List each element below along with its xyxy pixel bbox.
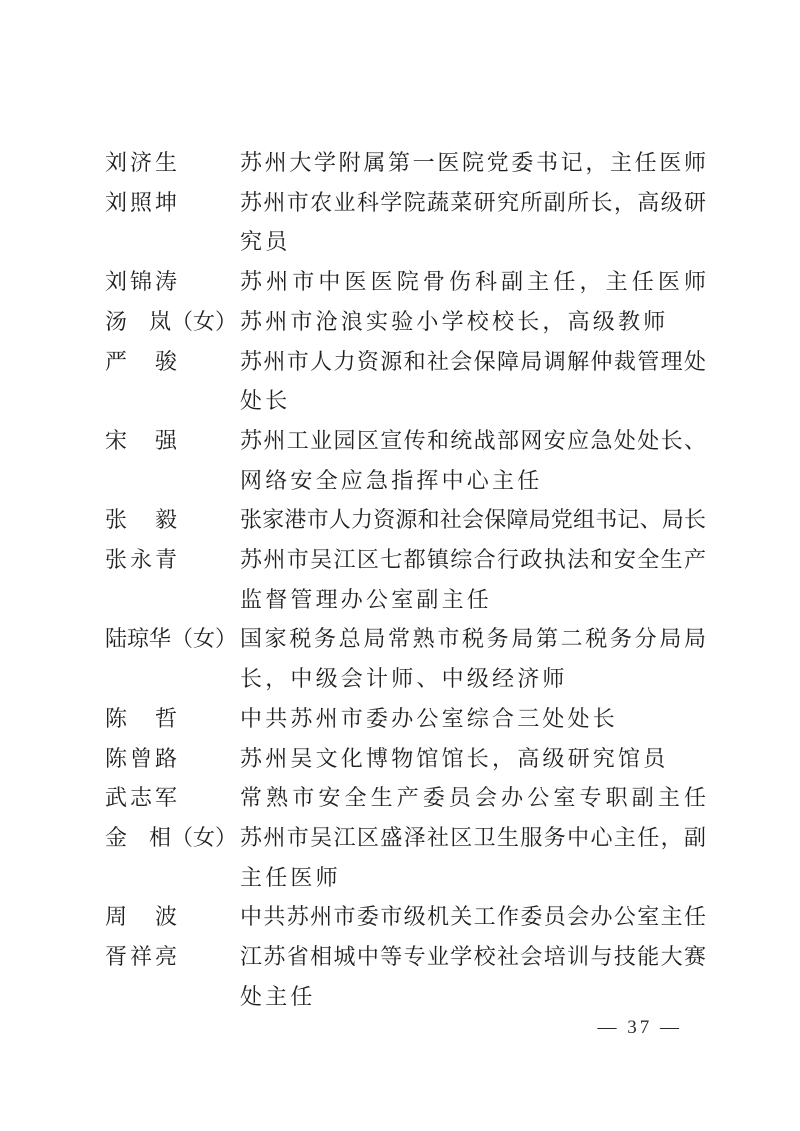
title-line: 网络安全应急指挥中心主任 [240,461,706,501]
title-line: 处长 [240,381,706,421]
title-line: 苏州市吴江区七都镇综合行政执法和安全生产 [240,540,706,580]
roster-entry: 胥祥亮 江苏省相城中等专业学校社会培训与技能大赛 处主任 [105,937,706,1016]
person-title: 苏州吴文化博物馆馆长，高级研究馆员 [240,739,706,779]
person-title: 苏州市吴江区七都镇综合行政执法和安全生产 监督管理办公室副主任 [240,540,706,619]
title-line: 常熟市安全生产委员会办公室专职副主任 [240,778,706,818]
person-name: 张 毅 [105,500,240,540]
person-title: 苏州市农业科学院蔬菜研究所副所长，高级研 究员 [240,183,706,262]
title-line: 长，中级会计师、中级经济师 [240,659,706,699]
title-line: 中共苏州市委市级机关工作委员会办公室主任 [240,897,706,937]
title-line: 监督管理办公室副主任 [240,580,706,620]
roster-entry: 周 波 中共苏州市委市级机关工作委员会办公室主任 [105,897,706,937]
person-title: 国家税务总局常熟市税务局第二税务分局局 长，中级会计师、中级经济师 [240,619,706,698]
title-line: 苏州市中医医院骨伤科副主任，主任医师 [240,262,706,302]
person-title: 苏州工业园区宣传和统战部网安应急处处长、 网络安全应急指挥中心主任 [240,421,706,500]
roster-entry: 武志军 常熟市安全生产委员会办公室专职副主任 [105,778,706,818]
roster-entry: 张 毅 张家港市人力资源和社会保障局党组书记、局长 [105,500,706,540]
person-name: 陈 哲 [105,699,240,739]
person-name: 胥祥亮 [105,937,240,977]
roster-entry: 汤 岚（女） 苏州市沧浪实验小学校校长，高级教师 [105,302,706,342]
title-line: 张家港市人力资源和社会保障局党组书记、局长 [240,500,706,540]
person-title: 常熟市安全生产委员会办公室专职副主任 [240,778,706,818]
roster-entry: 刘济生 苏州大学附属第一医院党委书记，主任医师 [105,143,706,183]
title-line: 苏州大学附属第一医院党委书记，主任医师 [240,143,706,183]
person-name: 张永青 [105,540,240,580]
title-line: 江苏省相城中等专业学校社会培训与技能大赛 [240,937,706,977]
person-title: 中共苏州市委办公室综合三处处长 [240,699,706,739]
roster-entry: 陆琼华（女） 国家税务总局常熟市税务局第二税务分局局 长，中级会计师、中级经济师 [105,619,706,698]
person-name: 刘济生 [105,143,240,183]
person-title: 张家港市人力资源和社会保障局党组书记、局长 [240,500,706,540]
roster-entry: 金 相（女） 苏州市吴江区盛泽社区卫生服务中心主任，副 主任医师 [105,818,706,897]
person-name: 陆琼华（女） [105,619,240,659]
person-name: 陈曾路 [105,739,240,779]
title-line: 究员 [240,222,706,262]
honoree-roster: 刘济生 苏州大学附属第一医院党委书记，主任医师 刘照坤 苏州市农业科学院蔬菜研究… [105,143,706,1016]
page-number: — 37 — [598,1014,683,1042]
title-line: 苏州市人力资源和社会保障局调解仲裁管理处 [240,342,706,382]
person-name: 武志军 [105,778,240,818]
title-line: 苏州市沧浪实验小学校校长，高级教师 [240,302,706,342]
roster-entry: 宋 强 苏州工业园区宣传和统战部网安应急处处长、 网络安全应急指挥中心主任 [105,421,706,500]
person-name: 周 波 [105,897,240,937]
person-name: 刘照坤 [105,183,240,223]
person-title: 苏州市沧浪实验小学校校长，高级教师 [240,302,706,342]
person-title: 苏州大学附属第一医院党委书记，主任医师 [240,143,706,183]
person-name: 刘锦涛 [105,262,240,302]
person-name: 金 相（女） [105,818,240,858]
roster-entry: 陈 哲 中共苏州市委办公室综合三处处长 [105,699,706,739]
title-line: 国家税务总局常熟市税务局第二税务分局局 [240,619,706,659]
roster-entry: 陈曾路 苏州吴文化博物馆馆长，高级研究馆员 [105,739,706,779]
title-line: 处主任 [240,977,706,1017]
document-page: 刘济生 苏州大学附属第一医院党委书记，主任医师 刘照坤 苏州市农业科学院蔬菜研究… [0,0,800,1131]
roster-entry: 刘锦涛 苏州市中医医院骨伤科副主任，主任医师 [105,262,706,302]
person-title: 苏州市中医医院骨伤科副主任，主任医师 [240,262,706,302]
person-name: 严 骏 [105,342,240,382]
person-name: 宋 强 [105,421,240,461]
title-line: 苏州工业园区宣传和统战部网安应急处处长、 [240,421,706,461]
roster-entry: 刘照坤 苏州市农业科学院蔬菜研究所副所长，高级研 究员 [105,183,706,262]
title-line: 苏州市农业科学院蔬菜研究所副所长，高级研 [240,183,706,223]
title-line: 主任医师 [240,858,706,898]
title-line: 苏州市吴江区盛泽社区卫生服务中心主任，副 [240,818,706,858]
person-name: 汤 岚（女） [105,302,240,342]
title-line: 中共苏州市委办公室综合三处处长 [240,699,706,739]
roster-entry: 张永青 苏州市吴江区七都镇综合行政执法和安全生产 监督管理办公室副主任 [105,540,706,619]
person-title: 苏州市吴江区盛泽社区卫生服务中心主任，副 主任医师 [240,818,706,897]
person-title: 苏州市人力资源和社会保障局调解仲裁管理处 处长 [240,342,706,421]
roster-entry: 严 骏 苏州市人力资源和社会保障局调解仲裁管理处 处长 [105,342,706,421]
person-title: 江苏省相城中等专业学校社会培训与技能大赛 处主任 [240,937,706,1016]
person-title: 中共苏州市委市级机关工作委员会办公室主任 [240,897,706,937]
title-line: 苏州吴文化博物馆馆长，高级研究馆员 [240,739,706,779]
